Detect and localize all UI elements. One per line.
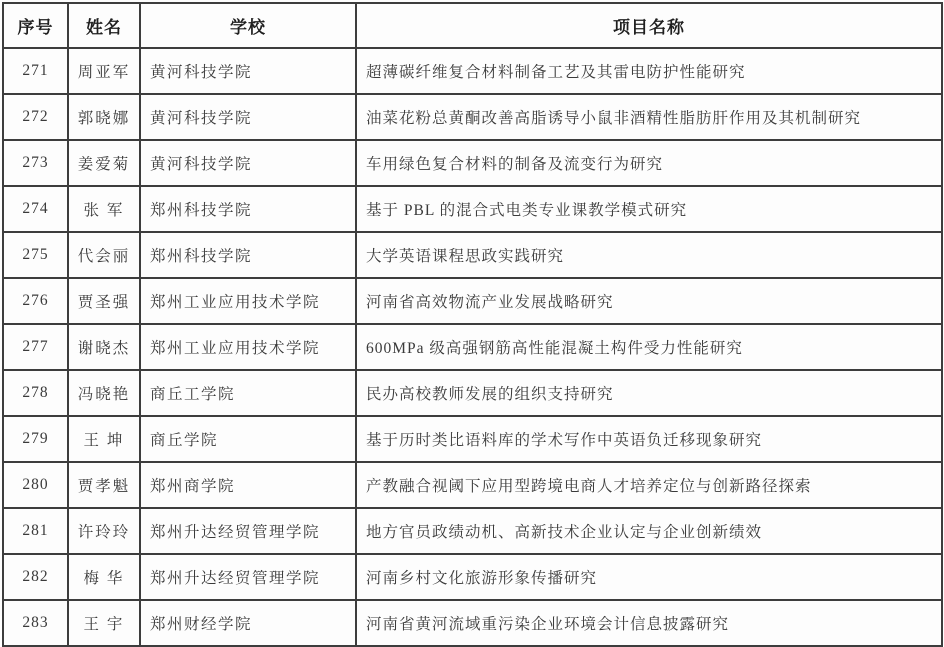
table-row: 274张 军郑州科技学院基于 PBL 的混合式电类专业课教学模式研究 xyxy=(3,186,942,232)
cell-project: 产教融合视阈下应用型跨境电商人才培养定位与创新路径探索 xyxy=(356,462,942,508)
cell-no: 272 xyxy=(3,94,68,140)
cell-no: 274 xyxy=(3,186,68,232)
table-row: 279王 坤商丘学院基于历时类比语料库的学术写作中英语负迁移现象研究 xyxy=(3,416,942,462)
table-row: 280贾孝魁郑州商学院产教融合视阈下应用型跨境电商人才培养定位与创新路径探索 xyxy=(3,462,942,508)
cell-school: 郑州工业应用技术学院 xyxy=(140,278,356,324)
cell-no: 279 xyxy=(3,416,68,462)
cell-school: 郑州财经学院 xyxy=(140,600,356,616)
table-row: 278冯晓艳商丘工学院民办高校教师发展的组织支持研究 xyxy=(3,370,942,416)
table-row: 283王 宇郑州财经学院河南省黄河流域重污染企业环境会计信息披露研究 xyxy=(3,600,942,616)
cell-project: 基于历时类比语料库的学术写作中英语负迁移现象研究 xyxy=(356,416,942,462)
cell-name: 许玲玲 xyxy=(68,508,140,554)
cell-school: 郑州科技学院 xyxy=(140,232,356,278)
cell-name: 周亚军 xyxy=(68,48,140,94)
cell-name: 代会丽 xyxy=(68,232,140,278)
cell-school: 郑州升达经贸管理学院 xyxy=(140,554,356,600)
cell-name: 贾圣强 xyxy=(68,278,140,324)
cell-no: 281 xyxy=(3,508,68,554)
cell-no: 280 xyxy=(3,462,68,508)
cell-name: 姜爱菊 xyxy=(68,140,140,186)
cell-project: 地方官员政绩动机、高新技术企业认定与企业创新绩效 xyxy=(356,508,942,554)
table-row: 277谢晓杰郑州工业应用技术学院600MPa 级高强钢筋高性能混凝土构件受力性能… xyxy=(3,324,942,370)
table-row: 273姜爱菊黄河科技学院车用绿色复合材料的制备及流变行为研究 xyxy=(3,140,942,186)
cell-name: 王 坤 xyxy=(68,416,140,462)
cell-no: 273 xyxy=(3,140,68,186)
projects-table: 序号 姓名 学校 项目名称 271周亚军黄河科技学院超薄碳纤维复合材料制备工艺及… xyxy=(2,2,943,616)
cell-no: 283 xyxy=(3,600,68,616)
table-row: 276贾圣强郑州工业应用技术学院河南省高效物流产业发展战略研究 xyxy=(3,278,942,324)
cell-no: 276 xyxy=(3,278,68,324)
cell-no: 278 xyxy=(3,370,68,416)
cell-school: 黄河科技学院 xyxy=(140,94,356,140)
table-row: 275代会丽郑州科技学院大学英语课程思政实践研究 xyxy=(3,232,942,278)
cell-name: 王 宇 xyxy=(68,600,140,616)
cell-project: 河南省黄河流域重污染企业环境会计信息披露研究 xyxy=(356,600,942,616)
cell-school: 商丘学院 xyxy=(140,416,356,462)
cell-name: 张 军 xyxy=(68,186,140,232)
cell-project: 河南省高效物流产业发展战略研究 xyxy=(356,278,942,324)
cell-no: 271 xyxy=(3,48,68,94)
cell-school: 郑州商学院 xyxy=(140,462,356,508)
cell-name: 谢晓杰 xyxy=(68,324,140,370)
cell-no: 275 xyxy=(3,232,68,278)
cell-project: 基于 PBL 的混合式电类专业课教学模式研究 xyxy=(356,186,942,232)
cell-project: 600MPa 级高强钢筋高性能混凝土构件受力性能研究 xyxy=(356,324,942,370)
column-header-project: 项目名称 xyxy=(356,3,942,48)
column-header-no: 序号 xyxy=(3,3,68,48)
cell-project: 河南乡村文化旅游形象传播研究 xyxy=(356,554,942,600)
cell-no: 282 xyxy=(3,554,68,600)
cell-school: 黄河科技学院 xyxy=(140,48,356,94)
cell-project: 民办高校教师发展的组织支持研究 xyxy=(356,370,942,416)
cell-school: 郑州工业应用技术学院 xyxy=(140,324,356,370)
cell-name: 郭晓娜 xyxy=(68,94,140,140)
table-row: 271周亚军黄河科技学院超薄碳纤维复合材料制备工艺及其雷电防护性能研究 xyxy=(3,48,942,94)
column-header-name: 姓名 xyxy=(68,3,140,48)
cell-name: 冯晓艳 xyxy=(68,370,140,416)
cell-project: 油菜花粉总黄酮改善高脂诱导小鼠非酒精性脂肪肝作用及其机制研究 xyxy=(356,94,942,140)
cell-school: 郑州科技学院 xyxy=(140,186,356,232)
table-row: 282梅 华郑州升达经贸管理学院河南乡村文化旅游形象传播研究 xyxy=(3,554,942,600)
cell-school: 黄河科技学院 xyxy=(140,140,356,186)
cell-project: 大学英语课程思政实践研究 xyxy=(356,232,942,278)
header-row: 序号 姓名 学校 项目名称 xyxy=(3,3,942,48)
cell-school: 商丘工学院 xyxy=(140,370,356,416)
document-page: 序号 姓名 学校 项目名称 271周亚军黄河科技学院超薄碳纤维复合材料制备工艺及… xyxy=(0,0,944,616)
table-row: 272郭晓娜黄河科技学院油菜花粉总黄酮改善高脂诱导小鼠非酒精性脂肪肝作用及其机制… xyxy=(3,94,942,140)
column-header-school: 学校 xyxy=(140,3,356,48)
table-row: 281许玲玲郑州升达经贸管理学院地方官员政绩动机、高新技术企业认定与企业创新绩效 xyxy=(3,508,942,554)
cell-no: 277 xyxy=(3,324,68,370)
cell-name: 梅 华 xyxy=(68,554,140,600)
cell-project: 超薄碳纤维复合材料制备工艺及其雷电防护性能研究 xyxy=(356,48,942,94)
cell-name: 贾孝魁 xyxy=(68,462,140,508)
cell-school: 郑州升达经贸管理学院 xyxy=(140,508,356,554)
cell-project: 车用绿色复合材料的制备及流变行为研究 xyxy=(356,140,942,186)
